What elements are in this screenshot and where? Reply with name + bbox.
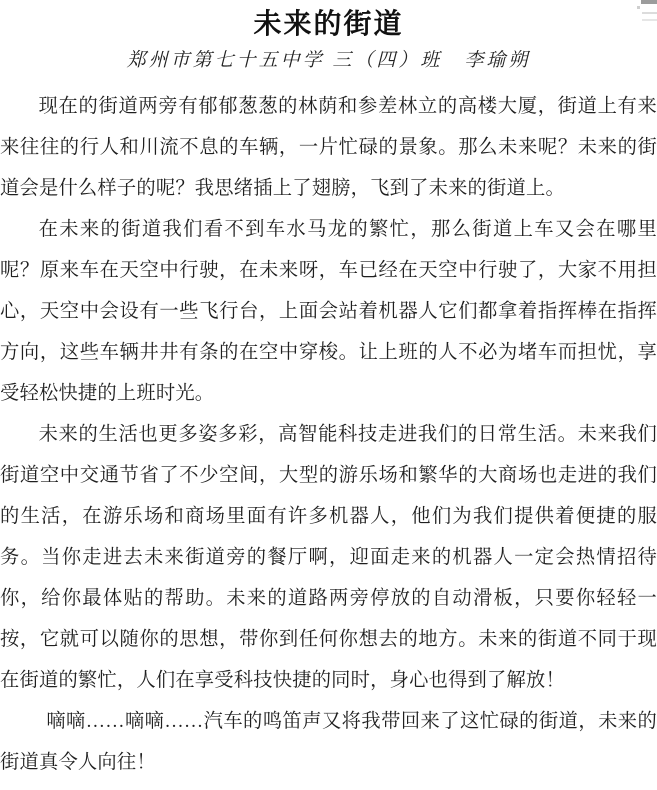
document-page: 未来的街道 郑州市第七十五中学 三（四）班 李瑜朔 现在的街道两旁有郁郁葱葱的林… (0, 0, 657, 790)
essay-byline: 郑州市第七十五中学 三（四）班 李瑜朔 (0, 46, 657, 76)
essay-paragraph: 未来的生活也更多姿多彩，高智能科技走进我们的日常生活。未来我们街道空中交通节省了… (0, 414, 657, 701)
scrollbar-fragment-line (642, 12, 657, 14)
scrollbar-fragment-dot (637, 6, 640, 9)
scrollbar-fragment-line (642, 19, 657, 21)
essay-title: 未来的街道 (0, 8, 657, 42)
essay-paragraph: 现在的街道两旁有郁郁葱葱的林荫和参差林立的高楼大厦，街道上有来来往往的行人和川流… (0, 86, 657, 209)
essay-paragraph: 嘀嘀……嘀嘀……汽车的鸣笛声又将我带回来了这忙碌的街道，未来的街道真令人向往！ (0, 701, 657, 783)
essay-body: 现在的街道两旁有郁郁葱葱的林荫和参差林立的高楼大厦，街道上有来来往往的行人和川流… (0, 86, 657, 783)
essay-paragraph: 在未来的街道我们看不到车水马龙的繁忙，那么街道上车又会在哪里呢？原来车在天空中行… (0, 209, 657, 414)
scrollbar-fragment-bar (641, 0, 657, 4)
